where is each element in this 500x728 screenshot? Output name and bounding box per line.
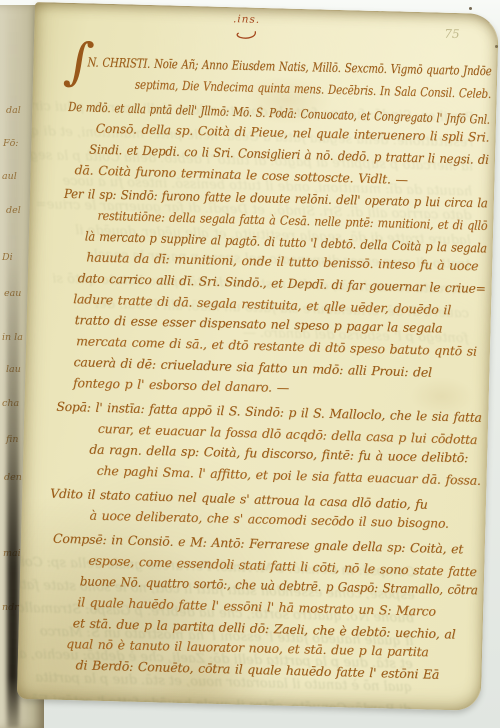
binding-shadow [7, 0, 19, 728]
manuscript-paragraph: Sopā: l' instīa: fatta appō il S. Sindō:… [51, 396, 483, 491]
manuscript-paragraph: N. CHRISTI. Noīe Añ; Anno Eiusdem Natis,… [61, 51, 492, 104]
header-mark-text: .ins. [226, 13, 266, 26]
header-mark: .ins. [226, 13, 267, 45]
bleed-through-line: di Berdō: Conuēto, cōtra il quale hauēdo… [71, 690, 411, 711]
manuscript-paragraph: Vdito il stato catiuo nel quale s' attro… [49, 483, 480, 536]
scanned-page: dalFō:auldelDieauin lalauchafindenmaindr… [0, 0, 500, 728]
manuscript-page: .ins. 75 Per il sp: Sindō: furono fatte … [17, 2, 499, 711]
pin-hole [469, 7, 472, 10]
manuscript-paragraph: Per il sp: Sindō: furono fatte le douute… [53, 183, 488, 404]
pin-hole [495, 45, 498, 48]
folio-number: 75 [444, 27, 460, 41]
header-flourish-icon [234, 30, 258, 41]
manuscript-paragraph: Compsē: in Consiō. e M: Antō: Ferrarese … [45, 528, 479, 686]
manuscript-paragraph: De mdō. et alla pntā dell' Jllmō: Mō. S.… [58, 96, 490, 191]
manuscript-text-block: ∫ N. CHRISTI. Noīe Añ; Anno Eiusdem Nati… [45, 48, 491, 686]
